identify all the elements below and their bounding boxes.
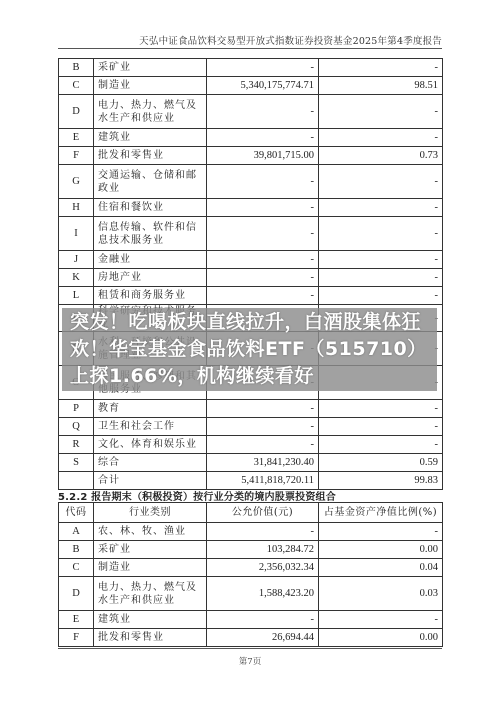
- fair-value-cell: 1,588,423.20: [207, 577, 319, 611]
- table-row: B采矿业--: [59, 59, 443, 77]
- table-row: A农、林、牧、渔业--: [59, 523, 443, 541]
- industry-code-cell: Q: [59, 418, 94, 436]
- industry-name-cell: 批发和零售业: [94, 147, 207, 165]
- nav-ratio-cell: 0.59: [319, 454, 443, 472]
- nav-ratio-cell: 0.00: [319, 541, 443, 559]
- nav-ratio-cell: -: [319, 287, 443, 305]
- industry-code-cell: G: [59, 165, 94, 199]
- news-headline-text: 突发！吃喝板块直线拉升，白酒股集体狂欢！华宝基金食品饮料ETF（515710）上…: [70, 309, 430, 390]
- industry-name-cell: 电力、热力、燃气及水生产和供应业: [94, 95, 207, 129]
- fair-value-cell: -: [207, 199, 319, 217]
- nav-ratio-cell: -: [319, 199, 443, 217]
- table-row: E建筑业--: [59, 611, 443, 629]
- nav-ratio-cell: -: [319, 418, 443, 436]
- fair-value-cell: 2,356,032.34: [207, 559, 319, 577]
- industry-name-cell: 金融业: [94, 251, 207, 269]
- industry-code-cell: B: [59, 59, 94, 77]
- industry-code-cell: E: [59, 129, 94, 147]
- column-header-fair-value: 公允价值(元): [207, 503, 319, 523]
- nav-ratio-cell: -: [319, 165, 443, 199]
- table-row: F批发和零售业39,801,715.000.73: [59, 147, 443, 165]
- nav-ratio-cell: -: [319, 436, 443, 454]
- table-row: Q卫生和社会工作--: [59, 418, 443, 436]
- industry-allocation-table-active: 代码 行业类别 公允价值(元) 占基金资产净值比例(%) A农、林、牧、渔业--…: [58, 502, 443, 647]
- industry-code-cell: P: [59, 400, 94, 418]
- industry-name-cell: 教育: [94, 400, 207, 418]
- industry-name-cell: 农、林、牧、渔业: [94, 523, 207, 541]
- table-row: H住宿和餐饮业--: [59, 199, 443, 217]
- table-row: S综合31,841,230.400.59: [59, 454, 443, 472]
- column-header-industry: 行业类别: [94, 503, 207, 523]
- industry-code-cell: D: [59, 95, 94, 129]
- table-row: R文化、体育和娱乐业--: [59, 436, 443, 454]
- fair-value-cell: 5,411,818,720.11: [207, 472, 319, 490]
- nav-ratio-cell: 99.83: [319, 472, 443, 490]
- industry-code-cell: S: [59, 454, 94, 472]
- industry-name-cell: 建筑业: [94, 129, 207, 147]
- industry-code-cell: [59, 472, 94, 490]
- fair-value-cell: -: [207, 95, 319, 129]
- table-header-row: 代码 行业类别 公允价值(元) 占基金资产净值比例(%): [59, 503, 443, 523]
- table-row: I信息传输、软件和信息技术服务业--: [59, 217, 443, 251]
- report-header-title: 天弘中证食品饮料交易型开放式指数证券投资基金2025年第4季度报告: [139, 33, 442, 47]
- industry-name-cell: 合计: [94, 472, 207, 490]
- nav-ratio-cell: 98.51: [319, 77, 443, 95]
- fair-value-cell: -: [207, 269, 319, 287]
- nav-ratio-cell: 0.03: [319, 577, 443, 611]
- industry-name-cell: 卫生和社会工作: [94, 418, 207, 436]
- industry-name-cell: 建筑业: [94, 611, 207, 629]
- industry-name-cell: 文化、体育和娱乐业: [94, 436, 207, 454]
- industry-code-cell: I: [59, 217, 94, 251]
- industry-name-cell: 信息传输、软件和信息技术服务业: [94, 217, 207, 251]
- nav-ratio-cell: -: [319, 400, 443, 418]
- nav-ratio-cell: -: [319, 129, 443, 147]
- page-number: 第7页: [0, 655, 500, 667]
- fair-value-cell: -: [207, 400, 319, 418]
- fair-value-cell: -: [207, 436, 319, 454]
- nav-ratio-cell: -: [319, 59, 443, 77]
- fair-value-cell: -: [207, 59, 319, 77]
- column-header-code: 代码: [59, 503, 94, 523]
- industry-code-cell: A: [59, 523, 94, 541]
- table-row: K房地产业--: [59, 269, 443, 287]
- industry-allocation-table-index: B采矿业--C制造业5,340,175,774.7198.51D电力、热力、燃气…: [58, 58, 443, 490]
- industry-code-cell: B: [59, 541, 94, 559]
- table-row: 合计5,411,818,720.1199.83: [59, 472, 443, 490]
- industry-code-cell: R: [59, 436, 94, 454]
- nav-ratio-cell: 0.04: [319, 559, 443, 577]
- industry-name-cell: 综合: [94, 454, 207, 472]
- fair-value-cell: 39,801,715.00: [207, 147, 319, 165]
- industry-name-cell: 采矿业: [94, 541, 207, 559]
- table-row: D电力、热力、燃气及水生产和供应业--: [59, 95, 443, 129]
- nav-ratio-cell: -: [319, 95, 443, 129]
- table-row: P教育--: [59, 400, 443, 418]
- industry-code-cell: K: [59, 269, 94, 287]
- industry-name-cell: 住宿和餐饮业: [94, 199, 207, 217]
- fair-value-cell: 26,694.44: [207, 629, 319, 647]
- fair-value-cell: -: [207, 611, 319, 629]
- fair-value-cell: -: [207, 251, 319, 269]
- table-row: F批发和零售业26,694.440.00: [59, 629, 443, 647]
- table-row: L租赁和商务服务业--: [59, 287, 443, 305]
- industry-code-cell: F: [59, 147, 94, 165]
- fair-value-cell: 5,340,175,774.71: [207, 77, 319, 95]
- document-page: 天弘中证食品饮料交易型开放式指数证券投资基金2025年第4季度报告 B采矿业--…: [0, 0, 500, 707]
- nav-ratio-cell: -: [319, 523, 443, 541]
- column-header-nav-ratio: 占基金资产净值比例(%): [319, 503, 443, 523]
- nav-ratio-cell: -: [319, 251, 443, 269]
- table-row: J金融业--: [59, 251, 443, 269]
- nav-ratio-cell: 0.00: [319, 629, 443, 647]
- table-body: B采矿业--C制造业5,340,175,774.7198.51D电力、热力、燃气…: [59, 59, 443, 490]
- header-divider: [58, 48, 442, 49]
- industry-code-cell: H: [59, 199, 94, 217]
- nav-ratio-cell: -: [319, 269, 443, 287]
- table-row: G交通运输、仓储和邮政业--: [59, 165, 443, 199]
- industry-code-cell: J: [59, 251, 94, 269]
- nav-ratio-cell: 0.73: [319, 147, 443, 165]
- fair-value-cell: -: [207, 418, 319, 436]
- industry-code-cell: C: [59, 77, 94, 95]
- industry-name-cell: 批发和零售业: [94, 629, 207, 647]
- table-row: B采矿业103,284.720.00: [59, 541, 443, 559]
- fair-value-cell: 31,841,230.40: [207, 454, 319, 472]
- table-body: A农、林、牧、渔业--B采矿业103,284.720.00C制造业2,356,0…: [59, 523, 443, 647]
- industry-name-cell: 电力、热力、燃气及水生产和供应业: [94, 577, 207, 611]
- industry-code-cell: C: [59, 559, 94, 577]
- industry-code-cell: D: [59, 577, 94, 611]
- fair-value-cell: -: [207, 129, 319, 147]
- fair-value-cell: -: [207, 287, 319, 305]
- fair-value-cell: -: [207, 523, 319, 541]
- industry-name-cell: 交通运输、仓储和邮政业: [94, 165, 207, 199]
- fair-value-cell: 103,284.72: [207, 541, 319, 559]
- table-row: E建筑业--: [59, 129, 443, 147]
- industry-code-cell: E: [59, 611, 94, 629]
- table-row: D电力、热力、燃气及水生产和供应业1,588,423.200.03: [59, 577, 443, 611]
- table-row: C制造业5,340,175,774.7198.51: [59, 77, 443, 95]
- industry-code-cell: L: [59, 287, 94, 305]
- section-title: 5.2.2 报告期末（积极投资）按行业分类的境内股票投资组合: [58, 488, 336, 503]
- table-row: C制造业2,356,032.340.04: [59, 559, 443, 577]
- industry-name-cell: 房地产业: [94, 269, 207, 287]
- footer-divider: [58, 648, 442, 649]
- industry-name-cell: 制造业: [94, 77, 207, 95]
- industry-name-cell: 制造业: [94, 559, 207, 577]
- nav-ratio-cell: -: [319, 217, 443, 251]
- fair-value-cell: -: [207, 165, 319, 199]
- industry-name-cell: 采矿业: [94, 59, 207, 77]
- fair-value-cell: -: [207, 217, 319, 251]
- nav-ratio-cell: -: [319, 611, 443, 629]
- industry-code-cell: F: [59, 629, 94, 647]
- industry-name-cell: 租赁和商务服务业: [94, 287, 207, 305]
